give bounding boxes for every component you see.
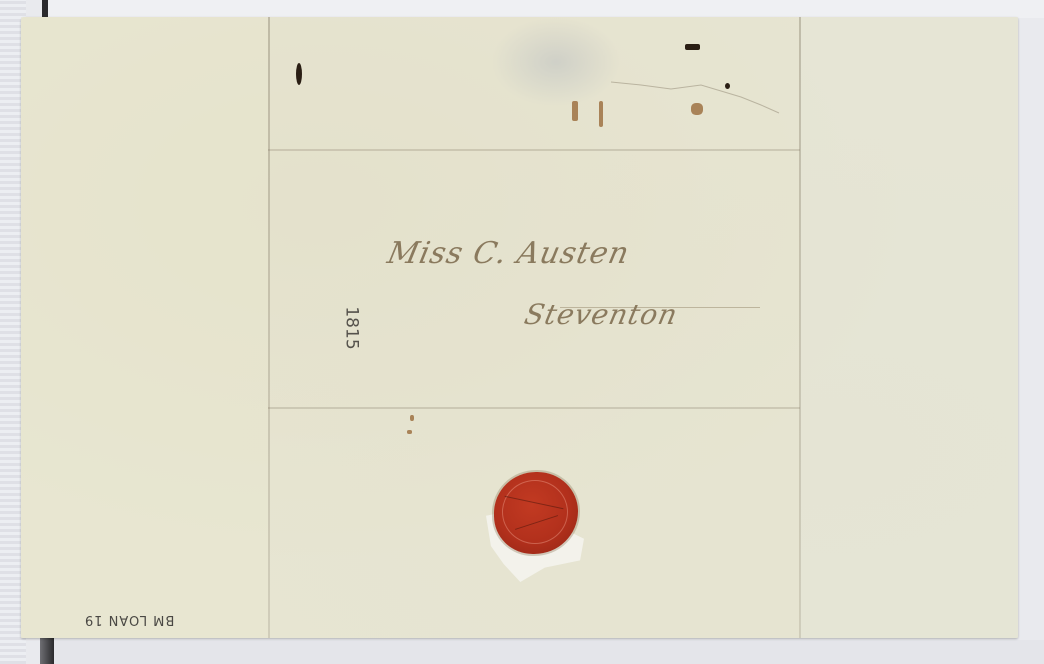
ink-blot — [685, 44, 700, 50]
water-stain — [491, 17, 621, 107]
stain-spot — [410, 415, 414, 421]
seal-impression-ring — [502, 480, 568, 544]
stain-spot — [407, 430, 412, 434]
stain-spot — [691, 103, 703, 115]
address-place: Steventon — [521, 298, 681, 331]
scan-background-bottom — [54, 640, 1044, 664]
scan-bottom-shadow — [40, 636, 54, 664]
ink-blot — [725, 83, 730, 89]
fold-line-top — [268, 149, 800, 151]
scan-background-top — [48, 0, 1044, 18]
address-recipient: Miss C. Austen — [384, 236, 633, 271]
date-annotation: 1815 — [342, 306, 362, 349]
right-fold-panel — [800, 17, 1018, 638]
shelfmark-label: BM LOAN 19 — [84, 612, 174, 627]
ink-blot — [296, 63, 302, 85]
fold-line-left — [268, 17, 270, 638]
fold-line-middle — [268, 407, 800, 409]
left-fold-panel — [21, 17, 268, 638]
stain-mark — [572, 101, 578, 121]
fold-line-right — [799, 17, 801, 638]
stain-mark — [599, 101, 603, 127]
